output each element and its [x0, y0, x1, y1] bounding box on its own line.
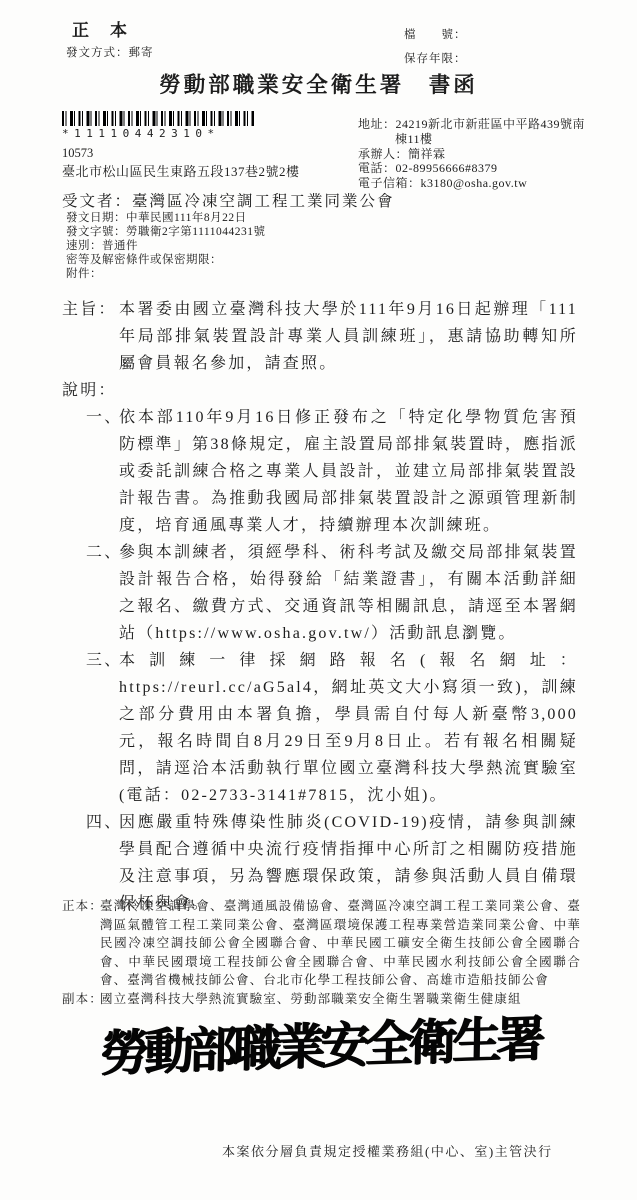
item-4-number: 四、 — [86, 809, 122, 836]
item-3-number: 三、 — [86, 647, 122, 674]
sender-address-line2: 棟11樓 — [358, 132, 585, 147]
sender-phone: 電話：02-89956666#8379 — [358, 161, 585, 176]
original-copies-list: 臺灣冷凍空調學會、臺灣通風設備協會、臺灣區冷凍空調工程工業同業公會、臺灣區氣體管… — [100, 899, 581, 987]
cc-label: 副本： — [62, 990, 103, 1009]
letter-body: 主旨： 本署委由國立臺灣科技大學於111年9月16日起辦理「111年局部排氣裝置… — [62, 296, 578, 917]
item-3-text: 本訓練一律採網路報名(報名網址：https://reurl.cc/aG5al4，… — [119, 652, 578, 804]
copy-type-marker: 正 本 — [72, 16, 129, 41]
barcode-number: *11110442310* — [62, 127, 220, 140]
explanation-label: 說明： — [62, 377, 578, 404]
original-copies-paragraph: 正本： 臺灣冷凍空調學會、臺灣通風設備協會、臺灣區冷凍空調工程工業同業公會、臺灣… — [62, 897, 581, 990]
explanation-item-2: 二、 參與本訓練者，須經學科、術科考試及繳交局部排氣裝置設計報告合格，始得發給「… — [62, 539, 578, 647]
subject-text: 本署委由國立臺灣科技大學於111年9月16日起辦理「111年局部排氣裝置設計專業… — [119, 301, 578, 372]
sender-contact-person: 承辦人：簡祥霖 — [358, 147, 585, 162]
document-meta-block: 發文日期：中華民國111年8月22日 發文字號：勞職衛2字第1111044231… — [66, 212, 265, 282]
priority-level: 速別：普通件 — [66, 240, 265, 254]
agency-signature-stamp: 勞動部職業安全衛生署 — [100, 1000, 541, 1085]
recipient-mailing-address: 臺北市松山區民生東路五段137巷2號2樓 — [62, 161, 300, 180]
addressee-line: 受文者：臺灣區冷凍空調工程工業同業公會 — [62, 189, 395, 211]
recipient-zip-code: 10573 — [62, 146, 93, 161]
barcode-image — [62, 111, 254, 126]
sender-address-line1: 地址：24219新北市新莊區中平路439號南 — [358, 117, 585, 132]
official-letter-document: 正 本 發文方式：郵寄 檔 號： 保存年限： 勞動部職業安全衛生署 書函 *11… — [0, 0, 637, 1200]
item-2-number: 二、 — [86, 539, 122, 566]
security-classification: 密等及解密條件或保密期限： — [66, 254, 265, 268]
item-2-text: 參與本訓練者，須經學科、術科考試及繳交局部排氣裝置設計報告合格，始得發給「結業證… — [119, 544, 578, 642]
subject-label: 主旨： — [62, 296, 117, 323]
explanation-item-3: 三、 本訓練一律採網路報名(報名網址：https://reurl.cc/aG5a… — [62, 647, 578, 809]
document-title: 勞動部職業安全衛生署 書函 — [0, 68, 637, 99]
sender-contact-block: 地址：24219新北市新莊區中平路439號南 棟11樓 承辦人：簡祥霖 電話：0… — [358, 117, 585, 191]
issue-date: 發文日期：中華民國111年8月22日 — [66, 212, 265, 226]
file-number-label: 檔 號： — [404, 26, 467, 42]
subject-paragraph: 主旨： 本署委由國立臺灣科技大學於111年9月16日起辦理「111年局部排氣裝置… — [62, 296, 578, 377]
item-1-number: 一、 — [86, 404, 122, 431]
retention-period-label: 保存年限： — [404, 50, 467, 66]
distribution-block: 正本： 臺灣冷凍空調學會、臺灣通風設備協會、臺灣區冷凍空調工程工業同業公會、臺灣… — [62, 897, 581, 1009]
delivery-method: 發文方式：郵寄 — [66, 44, 154, 60]
item-1-text: 依本部110年9月16日修正發布之「特定化學物質危害預防標準」第38條規定，雇主… — [119, 409, 578, 534]
explanation-item-1: 一、 依本部110年9月16日修正發布之「特定化學物質危害預防標準」第38條規定… — [62, 404, 578, 539]
original-copies-label: 正本： — [62, 897, 103, 916]
attachment-label: 附件： — [66, 268, 265, 282]
document-number: 發文字號：勞職衛2字第1111044231號 — [66, 226, 265, 240]
authorization-note: 本案依分層負責規定授權業務組(中心、室)主管決行 — [222, 1141, 553, 1160]
